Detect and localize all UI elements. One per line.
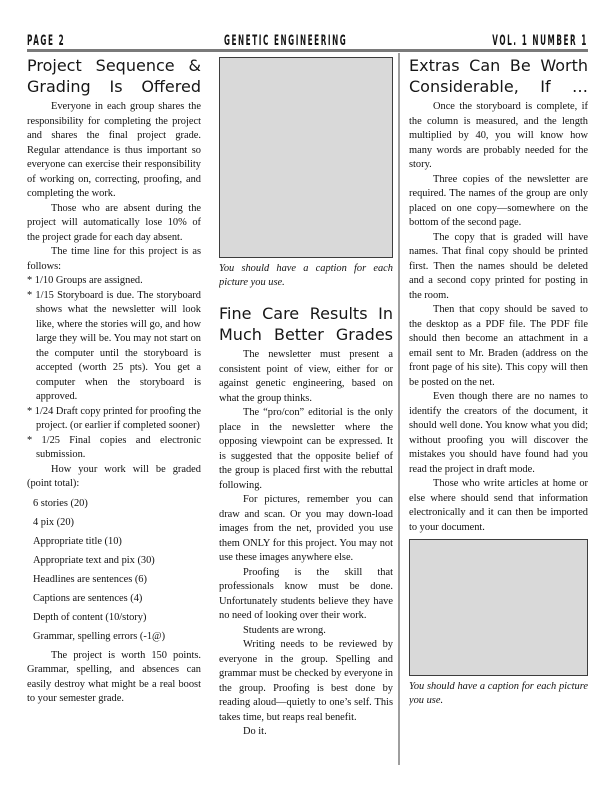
timeline-item: * 1/10 Groups are assigned. [27, 274, 201, 289]
right-column: Extras Can Be Worth Considerable, If … O… [409, 55, 588, 792]
body-paragraph: Do it. [219, 725, 393, 740]
body-paragraph: The time line for this project is as fol… [27, 245, 201, 274]
image-caption: You should have a caption for each pictu… [219, 262, 393, 290]
body-paragraph: Writing needs to be reviewed by everyone… [219, 638, 393, 725]
headline-line: Project Sequence & [27, 55, 201, 76]
column-divider-rule [398, 53, 400, 765]
headline-extras: Extras Can Be Worth Considerable, If … [409, 55, 588, 97]
left-column: Project Sequence & Grading Is Offered Ev… [27, 55, 201, 792]
headline-line: Extras Can Be Worth [409, 55, 588, 76]
body-paragraph: Proofing is the skill that professionals… [219, 566, 393, 624]
grading-item: Headlines are sentences (6) [33, 573, 201, 587]
masthead-page-number: PAGE 2 [27, 32, 167, 50]
body-paragraph: Everyone in each group shares the respon… [27, 100, 201, 202]
headline-line: Grading Is Offered [27, 76, 201, 97]
body-paragraph: Those who are absent during the project … [27, 202, 201, 246]
body-paragraph: Those who write articles at home or else… [409, 477, 588, 535]
timeline-item: * 1/25 Final copies and electronic submi… [27, 434, 201, 463]
grading-item: Depth of content (10/story) [33, 611, 201, 625]
body-paragraph: The project is worth 150 points. Grammar… [27, 649, 201, 707]
body-paragraph: Then that copy should be saved to the de… [409, 303, 588, 390]
headline-fine-care: Fine Care Results In Much Better Grades [219, 303, 393, 345]
grading-intro: How your work will be graded (point tota… [27, 463, 201, 492]
grading-item: Captions are sentences (4) [33, 592, 201, 606]
newsletter-page: PAGE 2 GENETIC ENGINEERING VOL. 1 NUMBER… [0, 0, 612, 792]
grading-item: Appropriate text and pix (30) [33, 554, 201, 568]
masthead-title: GENETIC ENGINEERING [167, 33, 404, 49]
grading-item: 4 pix (20) [33, 516, 201, 530]
body-paragraph: The newsletter must present a consistent… [219, 348, 393, 406]
body-paragraph: Three copies of the newsletter are requi… [409, 173, 588, 231]
headline-project-sequence: Project Sequence & Grading Is Offered [27, 55, 201, 97]
masthead-issue-text: VOL. 1 NUMBER 1 [492, 33, 588, 49]
middle-column: You should have a caption for each pictu… [219, 55, 393, 792]
image-placeholder [219, 57, 393, 258]
body-paragraph: The “pro/con” editorial is the only plac… [219, 406, 393, 493]
masthead-issue: VOL. 1 NUMBER 1 [404, 32, 588, 50]
grading-item: Grammar, spelling errors (-1@) [33, 630, 201, 644]
image-caption: You should have a caption for each pictu… [409, 680, 588, 708]
body-paragraph: Even though there are no names to identi… [409, 390, 588, 477]
grading-item: Appropriate title (10) [33, 535, 201, 549]
body-paragraph: Once the storyboard is complete, if the … [409, 100, 588, 173]
body-paragraph: Students are wrong. [219, 624, 393, 639]
body-paragraph: For pictures, remember you can draw and … [219, 493, 393, 566]
body-paragraph: The copy that is graded will have names.… [409, 231, 588, 304]
timeline-item: * 1/24 Draft copy printed for proofing t… [27, 405, 201, 434]
masthead-page-number-text: PAGE 2 [27, 33, 65, 49]
headline-line: Fine Care Results In [219, 303, 393, 324]
timeline-item: * 1/15 Storyboard is due. The storyboard… [27, 289, 201, 405]
masthead: PAGE 2 GENETIC ENGINEERING VOL. 1 NUMBER… [27, 33, 588, 48]
headline-line: Much Better Grades [219, 324, 393, 345]
grading-item: 6 stories (20) [33, 497, 201, 511]
masthead-title-text: GENETIC ENGINEERING [224, 33, 347, 49]
image-placeholder [409, 539, 588, 676]
masthead-rule [27, 49, 588, 52]
headline-line: Considerable, If … [409, 76, 588, 97]
